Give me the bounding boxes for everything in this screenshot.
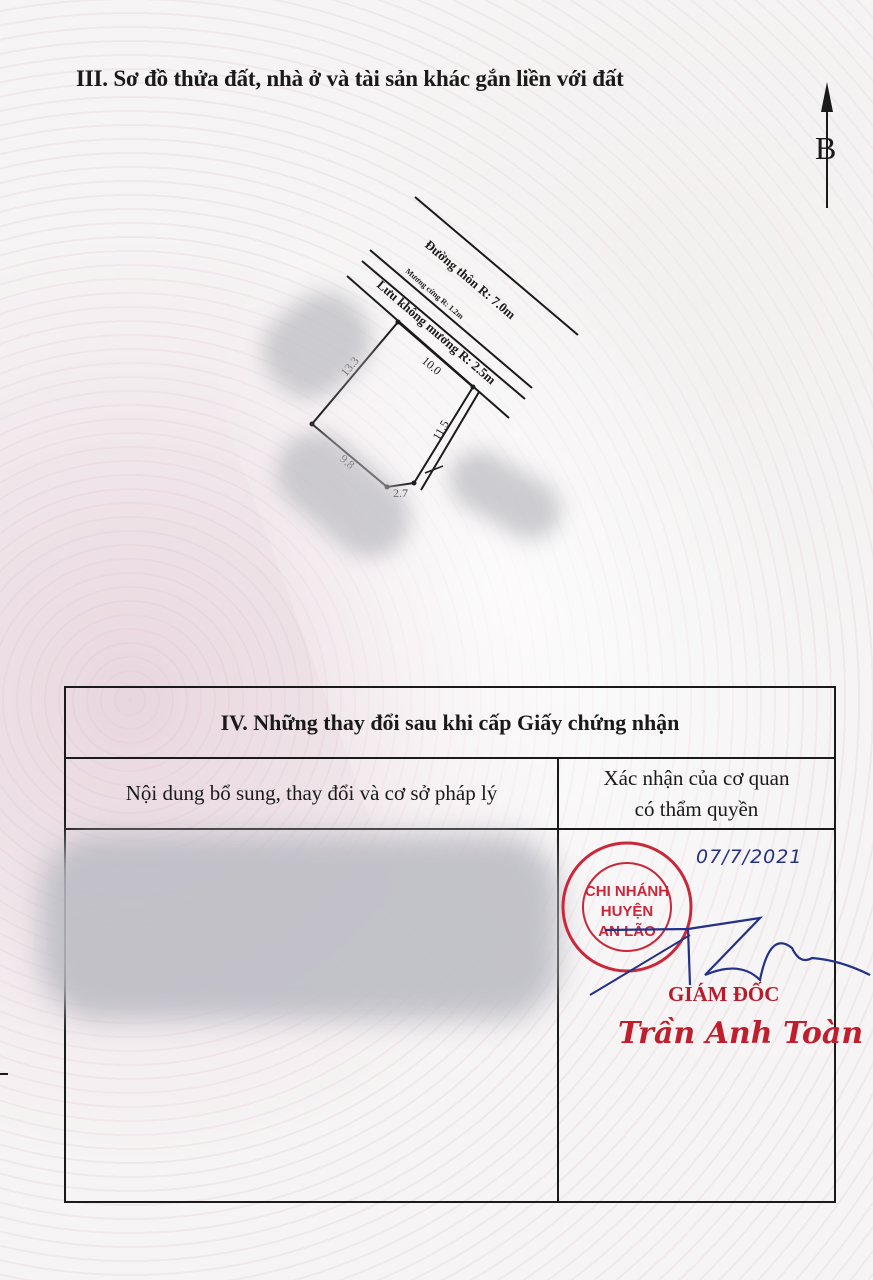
signer-title: GIÁM ĐỐC <box>668 982 779 1007</box>
margin-mark <box>0 1073 8 1075</box>
signature <box>0 0 873 1280</box>
signer-name: Trần Anh Toàn <box>618 1016 863 1051</box>
